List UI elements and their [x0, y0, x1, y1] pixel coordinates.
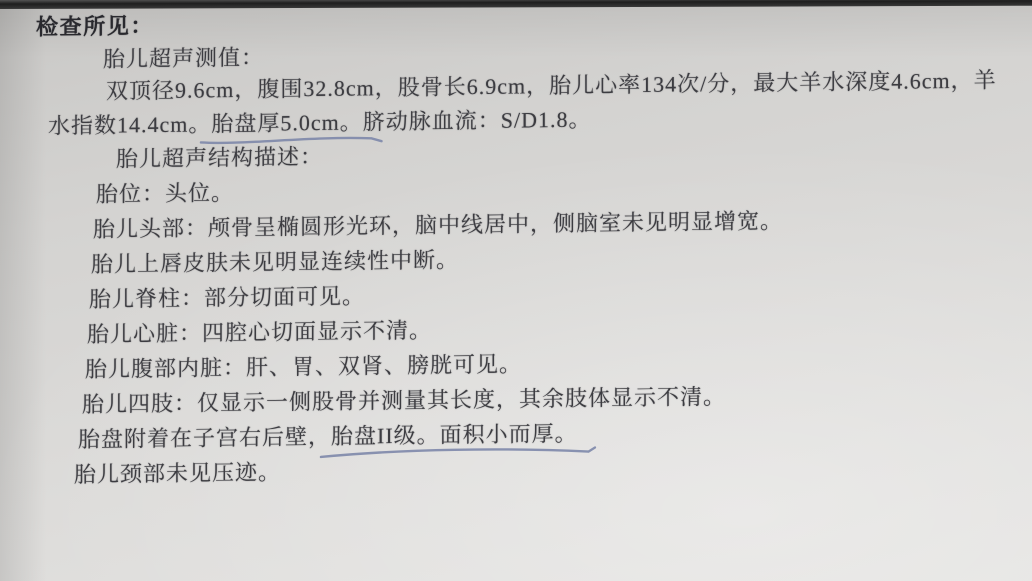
line-fetal-abdomen: 胎儿腹部内脏：肝、胃、双肾、膀胱可见。: [85, 347, 522, 383]
measurements-line-2: 水指数14.4cm。胎盘厚5.0cm。脐动脉血流：S/D1.8。: [48, 103, 592, 141]
placenta-thickness-text: 胎盘厚5.0cm。: [211, 109, 362, 136]
line-fetal-spine: 胎儿脊柱：部分切面可见。: [89, 279, 365, 313]
line-fetal-lip: 胎儿上唇皮肤未见明显连续性中断。: [91, 243, 459, 279]
section-title-structure: 胎儿超声结构描述：: [116, 140, 323, 174]
line-fetal-head: 胎儿头部：颅骨呈椭圆形光环，脑中线居中，侧脑室未见明显增宽。: [93, 204, 783, 244]
line-placenta: 胎盘附着在子宫右后壁，胎盘II级。面积小而厚。: [78, 417, 578, 454]
line-fetal-neck: 胎儿颈部未见压迹。: [74, 455, 281, 489]
line-fetal-position: 胎位：头位。: [96, 176, 234, 209]
measurements-line-2-pre: 水指数14.4cm。: [48, 111, 211, 138]
placenta-pre: 胎盘附着在子宫右后壁，: [78, 424, 331, 452]
report-heading: 检查所见：: [36, 9, 154, 41]
line-fetal-limbs: 胎儿四肢：仅显示一侧股骨并测量其长度，其余肢体显示不清。: [82, 380, 726, 419]
measurements-line-2-post: 脐动脉血流：S/D1.8。: [363, 107, 592, 135]
placenta-thickness-underlined: 胎盘厚5.0cm。: [211, 105, 362, 138]
report-text-area: 检查所见： 胎儿超声测值： 双顶径9.6cm，腹围32.8cm，股骨长6.9cm…: [0, 0, 1032, 581]
section-title-measurements: 胎儿超声测值：: [103, 41, 264, 74]
placenta-grade-underlined: 胎盘II级。面积小而厚。: [331, 417, 578, 451]
placenta-grade-text: 胎盘II级。面积小而厚。: [331, 421, 578, 449]
ultrasound-report-photo: 检查所见： 胎儿超声测值： 双顶径9.6cm，腹围32.8cm，股骨长6.9cm…: [0, 0, 1032, 581]
line-fetal-heart: 胎儿心脏：四腔心切面显示不清。: [87, 314, 432, 349]
